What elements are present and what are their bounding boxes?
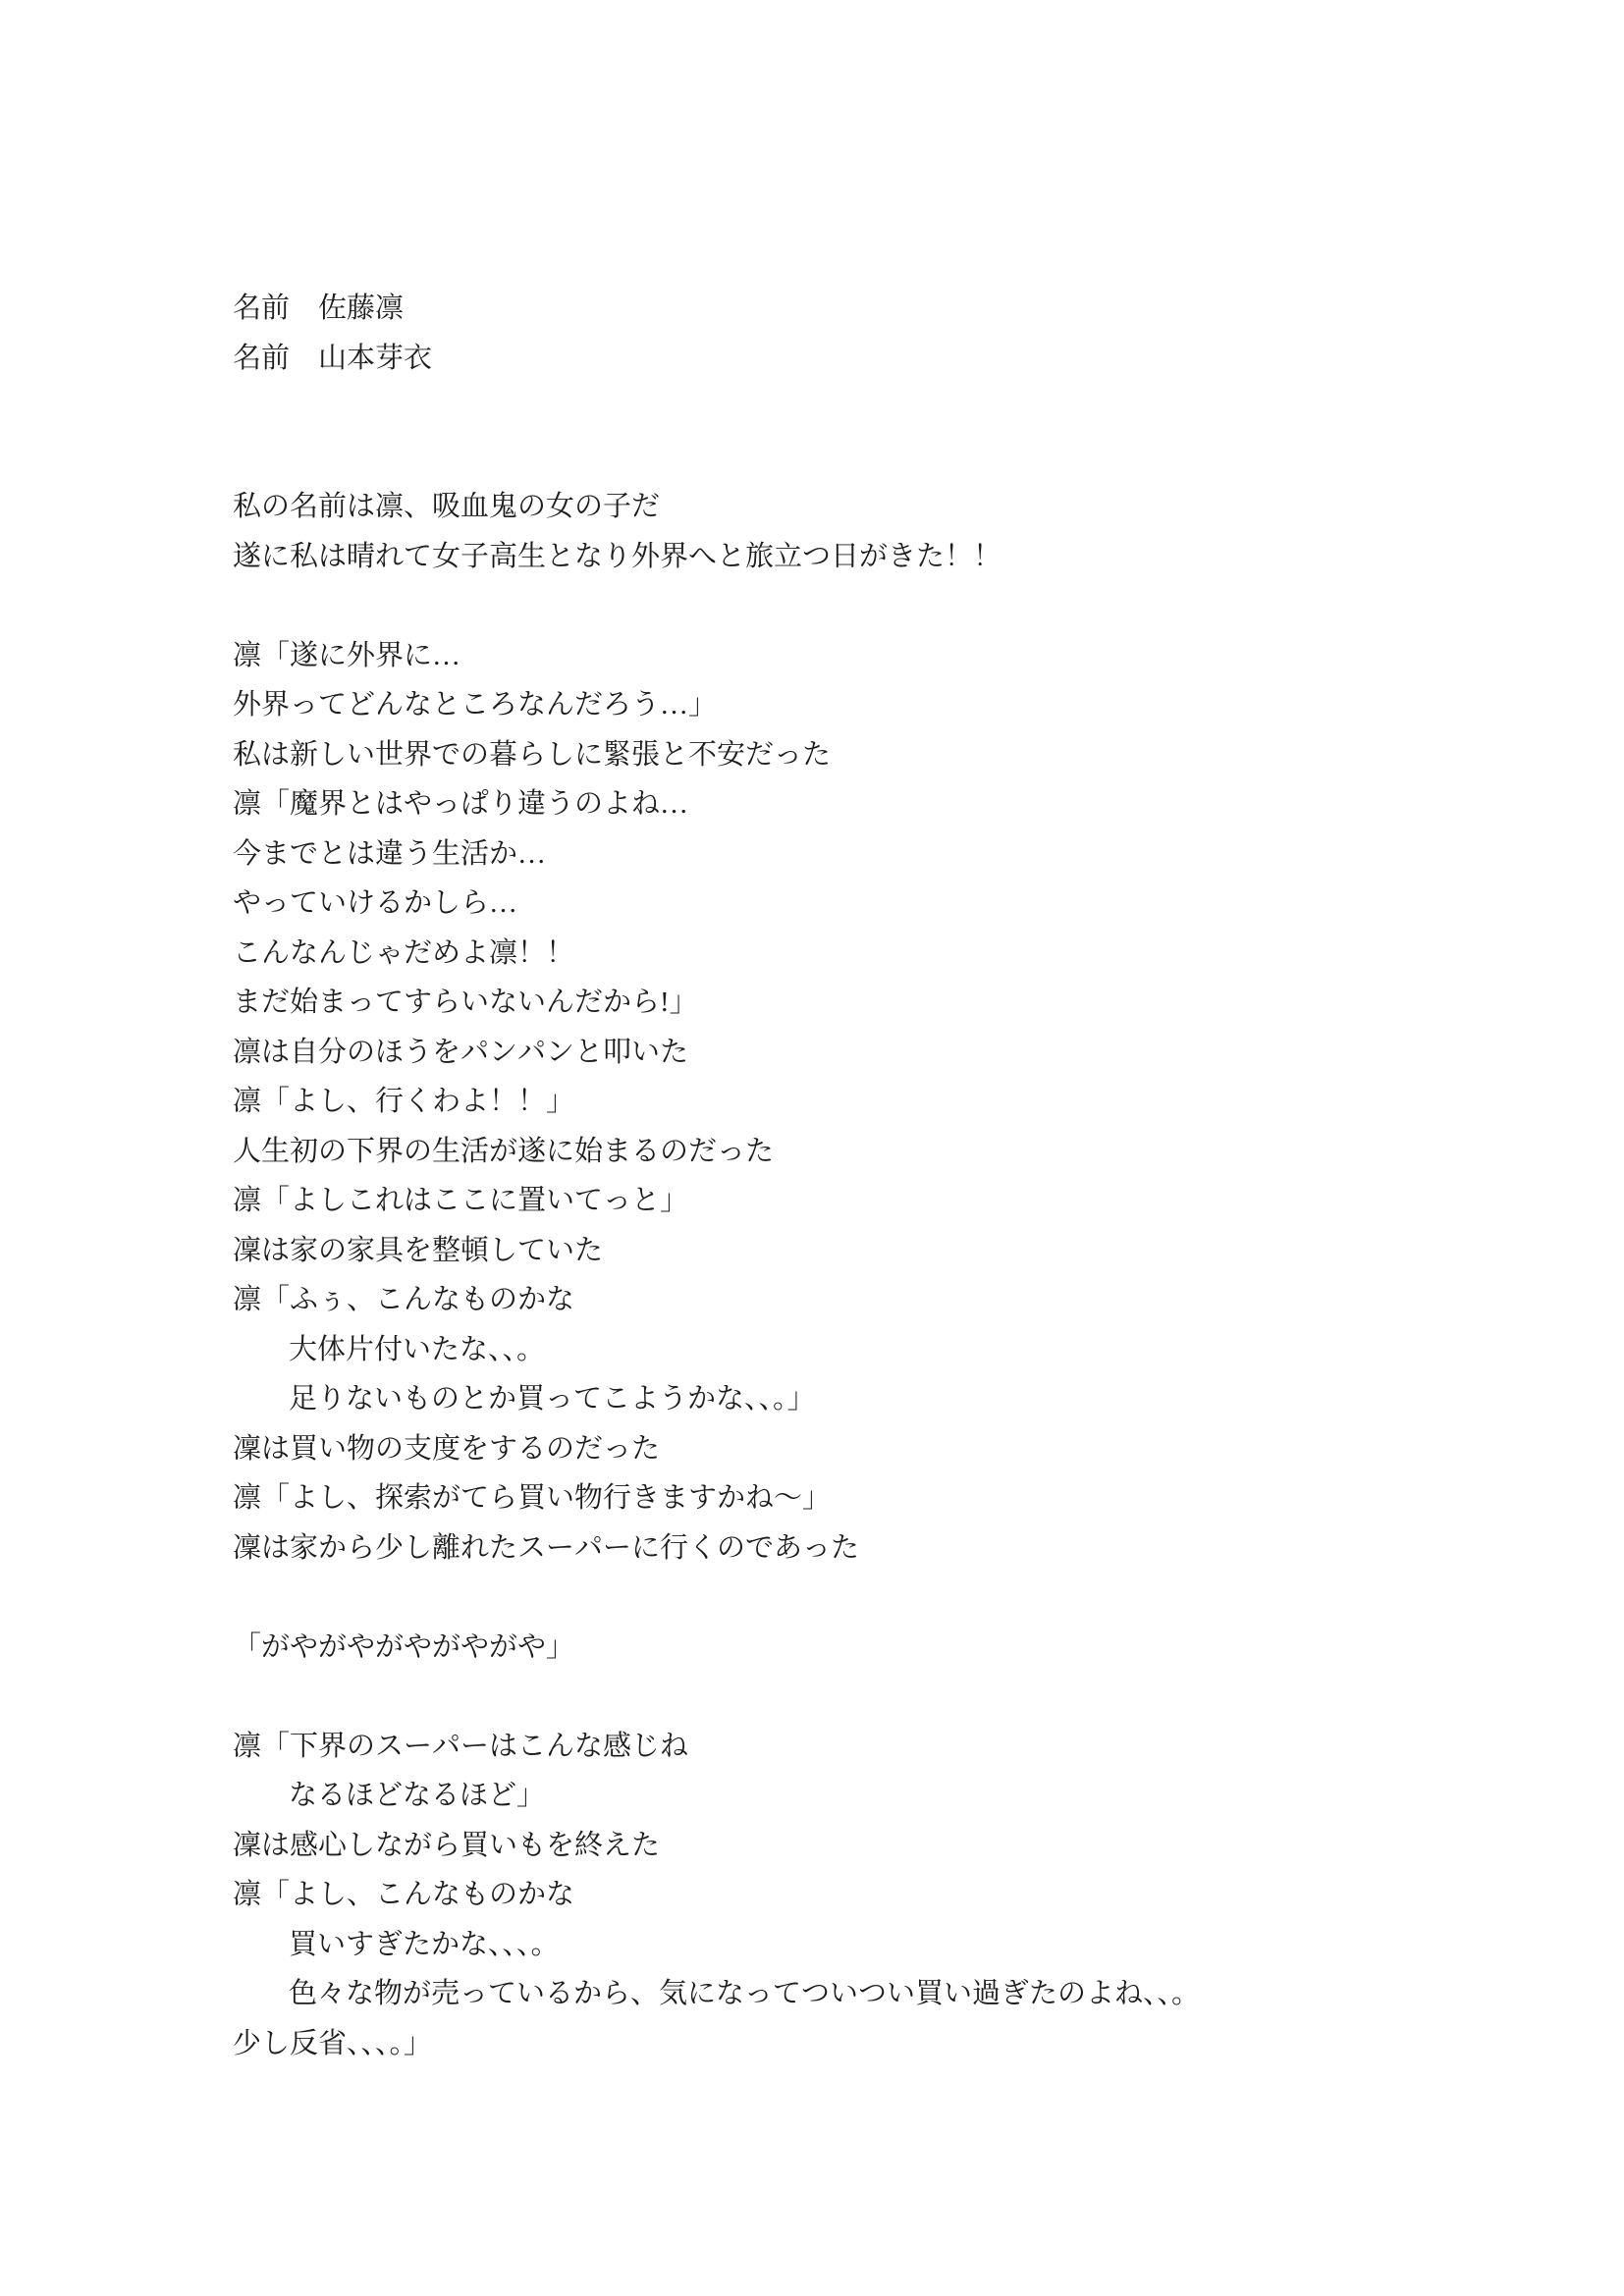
text-line: 人生初の下界の生活が遂に始まるのだった [233,1127,1548,1177]
text-line: 私の名前は凛、吸血鬼の女の子だ [233,482,1548,532]
text-line: 凜は感心しながら買いもを終えた [233,1821,1548,1871]
document-page: 名前 佐藤凛名前 山本芽衣 私の名前は凛、吸血鬼の女の子だ遂に私は晴れて女子高生… [0,0,1624,2296]
text-line: 凜は家から少し離れたスーパーに行くのであった [233,1523,1548,1574]
text-line: 足りないものとか買ってこようかな、、。」 [233,1374,1548,1424]
text-line: 遂に私は晴れて女子高生となり外界へと旅立つ日がきた！！ [233,532,1548,582]
text-line: 私は新しい世界での暮らしに緊張と不安だった [233,730,1548,780]
text-line: 外界ってどんなところなんだろう…」 [233,680,1548,730]
text-line: 凜は買い物の支度をするのだった [233,1424,1548,1474]
blank-line [233,433,1548,483]
text-line: 名前 佐藤凛 [233,284,1548,334]
text-line: 大体片付いたな、、。 [233,1325,1548,1375]
text-line: 凛は自分のほうをパンパンと叩いた [233,1028,1548,1078]
text-line: 少し反省、、、。」 [233,2019,1548,2069]
text-line: 凛「遂に外界に… [233,631,1548,681]
text-line: 凜は家の家具を整頓していた [233,1226,1548,1276]
text-line: やっていけるかしら… [233,879,1548,929]
text-line: こんなんじゃだめよ凛！！ [233,929,1548,979]
text-line: 凛「よし、探索がてら買い物行きますかね～」 [233,1473,1548,1523]
text-line: まだ始まってすらいないんだから!」 [233,978,1548,1028]
text-line: 凛「下界のスーパーはこんな感じね [233,1722,1548,1772]
text-line: 「がやがやがやがやがや」 [233,1623,1548,1673]
text-line: 色々な物が売っているから、気になってついつい買い過ぎたのよね、、。 [233,1969,1548,2019]
blank-line [233,1672,1548,1722]
text-line: 凛「魔界とはやっぱり違うのよね… [233,779,1548,829]
text-line: 買いすぎたかな、、、。 [233,1920,1548,1970]
text-block: 名前 佐藤凛名前 山本芽衣 私の名前は凛、吸血鬼の女の子だ遂に私は晴れて女子高生… [233,284,1548,2068]
text-line: 凛「よし、こんなものかな [233,1870,1548,1920]
text-line: 凛「よしこれはここに置いてっと」 [233,1176,1548,1226]
text-line: 凛「よし、行くわよ！！」 [233,1077,1548,1127]
text-line: 凛「ふぅ、こんなものかな [233,1275,1548,1325]
text-line: 今までとは違う生活か… [233,829,1548,880]
blank-line [233,383,1548,433]
text-line: なるほどなるほど」 [233,1771,1548,1821]
text-line: 名前 山本芽衣 [233,334,1548,384]
blank-line [233,581,1548,631]
blank-line [233,1573,1548,1623]
